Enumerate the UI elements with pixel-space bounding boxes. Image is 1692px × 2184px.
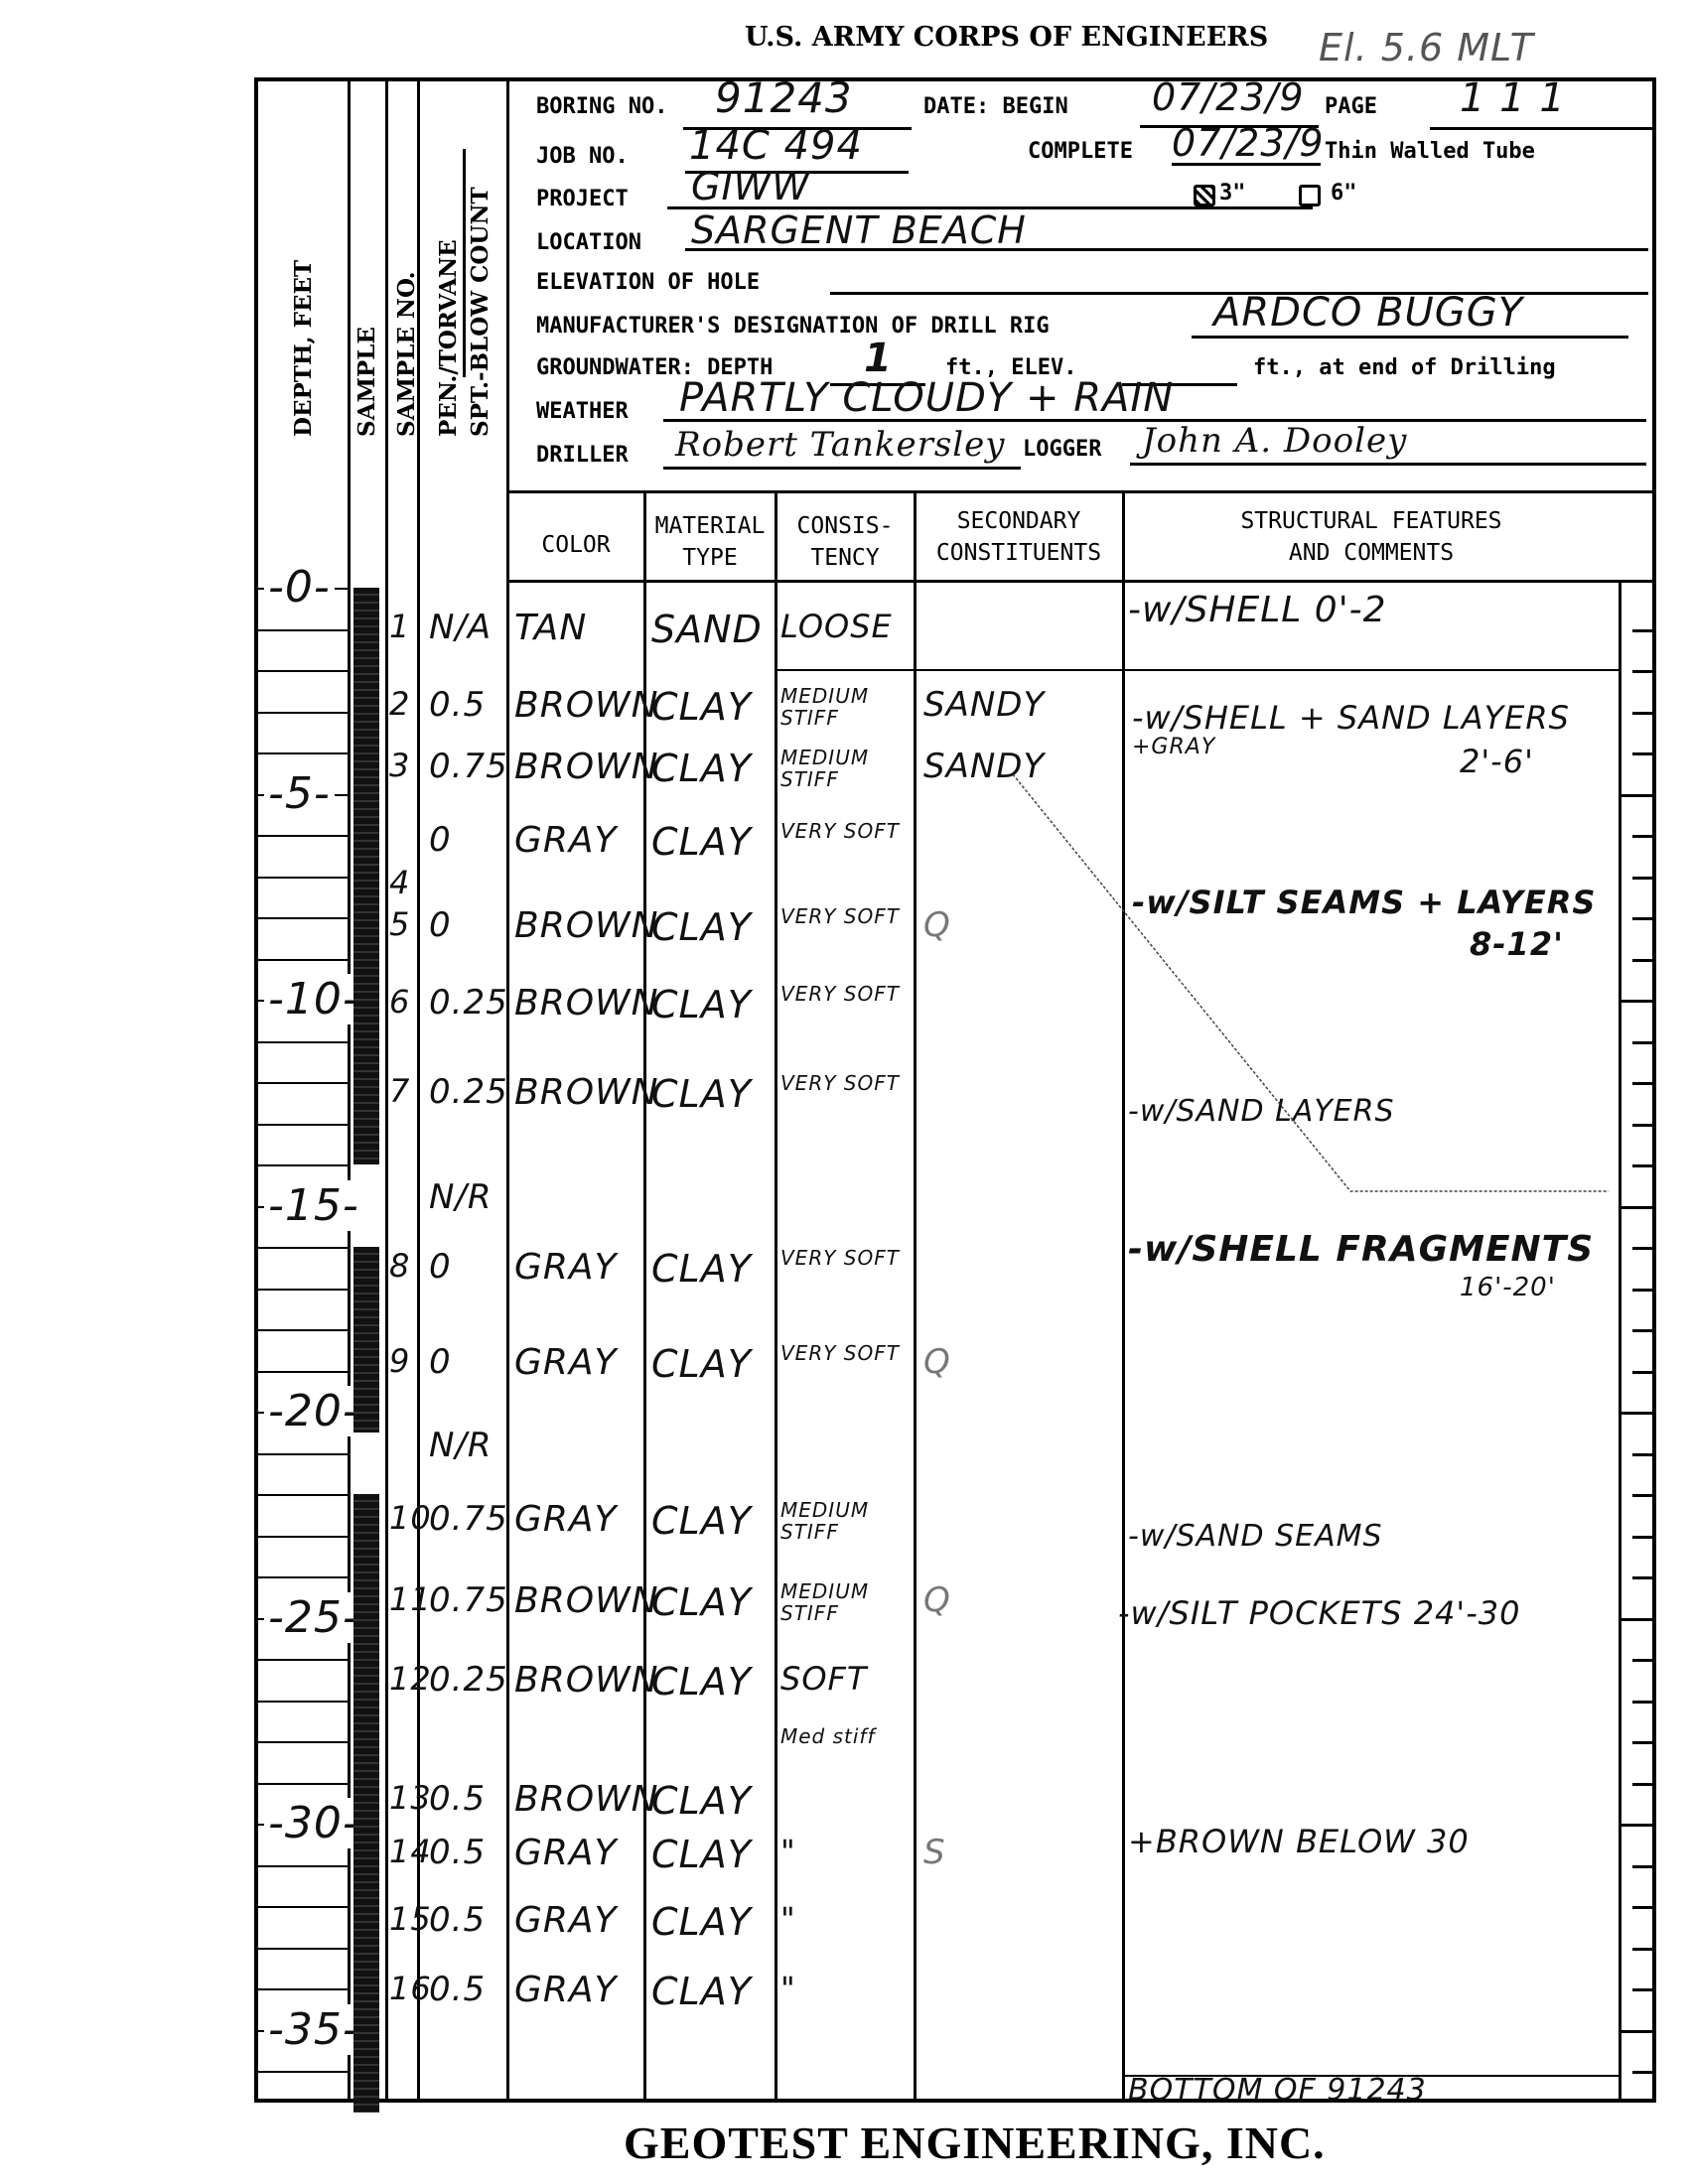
page-underline: [1430, 127, 1652, 130]
sample-no: 6: [389, 983, 410, 1021]
pen-value: 0: [429, 1247, 452, 1287]
pen-value: 0.75: [429, 1499, 508, 1539]
scale-tick: [1632, 1988, 1654, 1991]
material-value: CLAY: [651, 1970, 752, 2013]
pen-value: N/A: [429, 608, 492, 647]
scale-tick: [1632, 1453, 1654, 1456]
sample-no: 1: [389, 608, 410, 645]
scale-tick: [1632, 917, 1654, 920]
color-value: TAN: [514, 608, 587, 648]
material-value: CLAY: [651, 1660, 752, 1704]
date-begin-label: DATE: BEGIN: [923, 94, 1068, 119]
depth-gridline: [256, 712, 348, 714]
sample-no: 4: [389, 864, 410, 901]
boring-no-label: BORING NO.: [536, 94, 667, 119]
material-value: CLAY: [651, 747, 752, 790]
consistency-value: MEDIUM STIFF: [780, 685, 910, 729]
depth-mark: -25-: [264, 1592, 363, 1643]
color-value: GRAY: [514, 820, 618, 861]
scale-tick: [1632, 835, 1654, 838]
pen-value: 0.25: [429, 1660, 508, 1700]
divider-color: [643, 490, 646, 2101]
spt-blow-count-header: SPT.-BLOW COUNT: [467, 187, 493, 437]
pen-value: N/R: [429, 1426, 493, 1465]
consistency-value: MEDIUM STIFF: [780, 747, 910, 790]
scale-tick: [1632, 877, 1654, 880]
scale-tick: [1632, 1741, 1654, 1744]
job-no-field[interactable]: 14C 494: [689, 123, 863, 169]
boring-no-field[interactable]: 91243: [715, 73, 853, 122]
location-field[interactable]: SARGENT BEACH: [691, 208, 1027, 252]
depth-mark: -5-: [264, 768, 335, 819]
column-header-bottom-line: [506, 580, 1654, 583]
logger-label: LOGGER: [1023, 437, 1101, 462]
sample-no: 10: [389, 1499, 432, 1537]
page-label: PAGE: [1325, 94, 1377, 119]
consistency-value: SOFT: [780, 1660, 867, 1698]
scale-tick: [1632, 712, 1654, 715]
comment-9: -w/SAND SEAMS: [1128, 1519, 1383, 1554]
color-value: BROWN: [514, 905, 659, 946]
scale-tick: [1632, 1329, 1654, 1332]
material-value: CLAY: [651, 1247, 752, 1291]
depth-gridline: [256, 917, 348, 919]
frame-right: [1652, 77, 1656, 2103]
col-consistency-2: TENCY: [776, 543, 914, 573]
secondary-value: Q: [923, 905, 951, 945]
pen-value: 0: [429, 905, 452, 945]
tube-3in-label: 3": [1219, 181, 1246, 205]
row1-divider: [775, 669, 1619, 671]
color-value: BROWN: [514, 1580, 659, 1621]
comment-8: 16'-20': [1460, 1273, 1556, 1302]
sample-no: 9: [389, 1342, 410, 1380]
color-value: BROWN: [514, 685, 659, 726]
sample-no: 13: [389, 1779, 432, 1817]
depth-gridline: [256, 1659, 348, 1661]
scale-tick: [1632, 1576, 1654, 1579]
scale-tick: [1632, 1289, 1654, 1292]
material-value: CLAY: [651, 983, 752, 1026]
driller-underline: [663, 467, 1021, 470]
pen-value: 0.75: [429, 747, 508, 786]
material-value: CLAY: [651, 685, 752, 729]
scale-tick: [1632, 1082, 1654, 1085]
tube-6in-checkbox[interactable]: [1299, 185, 1321, 206]
depth-gridline: [256, 959, 348, 961]
col-material-2: TYPE: [645, 543, 775, 573]
depth-feet-header: DEPTH, FEET: [290, 260, 317, 437]
depth-mark: -0-: [264, 562, 335, 613]
scale-tick: [1632, 2071, 1654, 2074]
col-secondary-2: CONSTITUENTS: [916, 538, 1122, 568]
pen-value: N/R: [429, 1177, 493, 1217]
depth-mark: -30-: [264, 1798, 363, 1848]
material-value: CLAY: [651, 905, 752, 949]
driller-field[interactable]: Robert Tankersley: [675, 425, 1006, 465]
material-value: CLAY: [651, 820, 752, 864]
pen-value: 0: [429, 1342, 452, 1382]
depth-gridline: [256, 1988, 348, 1990]
agency-title: U.S. ARMY CORPS OF ENGINEERS: [745, 22, 1268, 53]
depth-gridline: [256, 835, 348, 837]
thin-walled-tube-label: Thin Walled Tube: [1325, 139, 1535, 164]
consistency-value: ": [780, 1970, 796, 2007]
material-value: CLAY: [651, 1833, 752, 1876]
depth-gridline: [256, 1041, 348, 1043]
scale-tick: [1632, 1247, 1654, 1250]
scale-tick: [1632, 1783, 1654, 1786]
drill-rig-label: MANUFACTURER'S DESIGNATION OF DRILL RIG: [536, 314, 1050, 339]
comment-0: -w/SHELL 0'-2: [1128, 590, 1386, 630]
consistency-value: VERY SOFT: [780, 905, 910, 927]
secondary-value: SANDY: [923, 685, 1045, 725]
col-color: COLOR: [508, 530, 643, 560]
depth-gridline: [256, 1082, 348, 1084]
scale-tick: [1621, 794, 1654, 797]
scale-tick: [1632, 959, 1654, 962]
logger-underline: [1130, 463, 1646, 466]
secondary-value: Q: [923, 1342, 951, 1382]
depth-gridline: [256, 752, 348, 754]
pen-value: 0.5: [429, 1833, 486, 1872]
comment-12: BOTTOM OF 91243: [1128, 2073, 1427, 2108]
divider-consistency: [914, 490, 916, 2101]
scale-tick: [1632, 670, 1654, 673]
pen-divider-line: [463, 149, 466, 377]
driller-label: DRILLER: [536, 443, 629, 468]
scale-tick: [1632, 1041, 1654, 1044]
consistency-value: VERY SOFT: [780, 1247, 910, 1269]
color-value: GRAY: [514, 1499, 618, 1540]
scale-tick: [1632, 1371, 1654, 1374]
color-value: BROWN: [514, 747, 659, 787]
scale-tick: [1621, 1412, 1654, 1415]
pen-value: 0.5: [429, 685, 486, 725]
depth-gridline: [256, 1329, 348, 1331]
scale-tick: [1621, 1000, 1654, 1003]
location-label: LOCATION: [536, 230, 641, 255]
depth-mark: -20-: [264, 1386, 363, 1436]
sample-no: 11: [389, 1580, 432, 1618]
date-complete-field[interactable]: 07/23/9: [1172, 121, 1325, 165]
depth-gridline: [256, 1865, 348, 1867]
depth-gridline: [256, 1453, 348, 1455]
color-value: BROWN: [514, 983, 659, 1024]
color-value: BROWN: [514, 1660, 659, 1701]
scale-tick: [1632, 1124, 1654, 1127]
tube-6in-label: 6": [1331, 181, 1357, 205]
divider-material: [775, 490, 777, 2101]
sample-no: 3: [389, 747, 410, 784]
depth-gridline: [256, 1741, 348, 1743]
scale-tick: [1632, 1164, 1654, 1167]
sample-no: 12: [389, 1660, 432, 1698]
depth-gridline: [256, 1371, 348, 1373]
sample-interval-bar: [353, 1247, 379, 1433]
depth-gridline: [256, 1576, 348, 1578]
end-drilling-label: ft., at end of Drilling: [1253, 355, 1556, 380]
pen-value: 0.5: [429, 1900, 486, 1940]
location-underline: [685, 248, 1648, 251]
depth-gridline: [256, 670, 348, 672]
col-structural-2: AND COMMENTS: [1124, 538, 1619, 568]
divider-secondary: [1122, 490, 1125, 2101]
scale-tick: [1621, 1618, 1654, 1621]
header-bottom-line: [506, 490, 1654, 493]
divider-sample: [385, 77, 388, 2103]
scale-tick: [1632, 1701, 1654, 1704]
depth-gridline: [256, 1494, 348, 1496]
material-value: SAND: [651, 608, 763, 651]
scale-tick: [1632, 629, 1654, 632]
frame-left: [254, 77, 258, 2103]
material-value: CLAY: [651, 1779, 752, 1823]
material-value: CLAY: [651, 1900, 752, 1944]
depth-gridline: [256, 1783, 348, 1785]
pen-value: 0.5: [429, 1779, 486, 1819]
material-value: CLAY: [651, 1072, 752, 1116]
consistency-value: VERY SOFT: [780, 820, 910, 842]
elevation-label: ELEVATION OF HOLE: [536, 270, 760, 295]
depth-gridline: [256, 629, 348, 631]
depth-mark: -35-: [264, 2004, 363, 2055]
date-complete-label: COMPLETE: [1028, 139, 1133, 164]
pen-value: 0.25: [429, 1072, 508, 1112]
drill-rig-underline: [1192, 336, 1628, 339]
scale-tick: [1632, 1494, 1654, 1497]
comment-1: -w/SHELL + SAND LAYERS: [1132, 699, 1570, 737]
sample-no: 16: [389, 1970, 432, 2007]
sample-no: 7: [389, 1072, 410, 1110]
footer-company: GEOTEST ENGINEERING, INC.: [624, 2116, 1326, 2169]
scale-tick: [1632, 1865, 1654, 1868]
depth-gridline: [256, 1289, 348, 1291]
scale-tick: [1621, 2030, 1654, 2033]
depth-mark: -10-: [264, 974, 363, 1024]
material-value: CLAY: [651, 1580, 752, 1624]
col-material-1: MATERIAL: [645, 511, 775, 541]
scale-tick: [1632, 752, 1654, 755]
pen-value: 0.5: [429, 1970, 486, 2009]
pen-value: 0: [429, 820, 452, 860]
secondary-value: Q: [923, 1580, 951, 1620]
scale-tick: [1621, 1824, 1654, 1827]
secondary-value: S: [923, 1833, 946, 1872]
tube-3in-checkbox[interactable]: [1194, 185, 1215, 206]
sample-interval-bar: [353, 588, 379, 1164]
col-secondary-1: SECONDARY: [916, 506, 1122, 536]
comment-10: -w/SILT POCKETS 24'-30: [1118, 1594, 1520, 1632]
sample-no: 5: [389, 905, 410, 943]
project-label: PROJECT: [536, 187, 629, 211]
sample-no-header: SAMPLE NO.: [393, 271, 420, 437]
scale-tick: [1621, 1206, 1654, 1209]
consistency-value: VERY SOFT: [780, 1342, 910, 1364]
depth-gridline: [256, 1247, 348, 1249]
consistency-value: LOOSE: [780, 608, 893, 645]
material-value: CLAY: [651, 1342, 752, 1386]
comment-2: +GRAY: [1132, 735, 1215, 759]
depth-gridline: [256, 1906, 348, 1908]
color-value: GRAY: [514, 1900, 618, 1941]
depth-gridline: [256, 1948, 348, 1950]
color-value: BROWN: [514, 1779, 659, 1820]
consistency-value: ": [780, 1833, 796, 1870]
color-value: GRAY: [514, 1247, 618, 1288]
pen-value: 0.25: [429, 983, 508, 1023]
pen-value: 0.75: [429, 1580, 508, 1620]
consistency-value: MEDIUM STIFF: [780, 1580, 910, 1624]
consistency-value: VERY SOFT: [780, 1072, 910, 1094]
depth-gridline: [256, 877, 348, 879]
color-value: GRAY: [514, 1833, 618, 1873]
color-value: GRAY: [514, 1970, 618, 2010]
sample-no: 14: [389, 1833, 432, 1870]
page-field[interactable]: 1 1 1: [1460, 75, 1566, 121]
logger-field[interactable]: John A. Dooley: [1142, 421, 1407, 461]
consistency-value: MEDIUM STIFF: [780, 1499, 910, 1543]
consistency-value: VERY SOFT: [780, 983, 910, 1005]
pen-torvane-header: PEN./TORVANE: [435, 239, 462, 437]
depth-gridline: [256, 1124, 348, 1126]
weather-field[interactable]: PARTLY CLOUDY + RAIN: [679, 375, 1174, 421]
comment-11: +BROWN BELOW 30: [1128, 1823, 1470, 1860]
scale-tick: [1632, 1906, 1654, 1909]
date-complete-underline: [1172, 163, 1321, 166]
comment-7: -w/SHELL FRAGMENTS: [1128, 1229, 1594, 1270]
weather-label: WEATHER: [536, 399, 629, 424]
scale-tick: [1632, 1536, 1654, 1539]
drill-rig-field[interactable]: ARDCO BUGGY: [1213, 290, 1523, 336]
depth-gridline: [256, 1164, 348, 1166]
col-structural-1: STRUCTURAL FEATURES: [1124, 506, 1619, 536]
project-field[interactable]: GIWW: [691, 165, 810, 208]
sample-no: 8: [389, 1247, 410, 1285]
material-value: CLAY: [651, 1499, 752, 1543]
scale-tick: [1632, 1659, 1654, 1662]
job-no-label: JOB NO.: [536, 144, 629, 169]
sample-header: SAMPLE: [353, 327, 380, 437]
color-value: GRAY: [514, 1342, 618, 1383]
col-consistency-1: CONSIS-: [776, 511, 914, 541]
frame-top: [254, 77, 1656, 81]
elevation-note: El. 5.6 MLT: [1319, 26, 1534, 69]
divider-scale: [1619, 580, 1621, 2101]
depth-gridline: [256, 1701, 348, 1703]
depth-gridline: [256, 1536, 348, 1538]
date-begin-field[interactable]: 07/23/9: [1152, 75, 1305, 119]
sample-interval-bar: [353, 1494, 379, 2113]
consistency-value: Med stiff: [780, 1725, 910, 1747]
frame-bottom: [254, 2099, 1656, 2103]
depth-mark: -15-: [264, 1180, 363, 1231]
sample-no: 15: [389, 1900, 432, 1938]
consistency-value: ": [780, 1900, 796, 1938]
scale-tick: [1632, 1948, 1654, 1951]
pencil-annotation-line: [1013, 774, 1609, 1211]
depth-gridline: [256, 2071, 348, 2073]
color-value: BROWN: [514, 1072, 659, 1113]
sample-no: 2: [389, 685, 410, 723]
